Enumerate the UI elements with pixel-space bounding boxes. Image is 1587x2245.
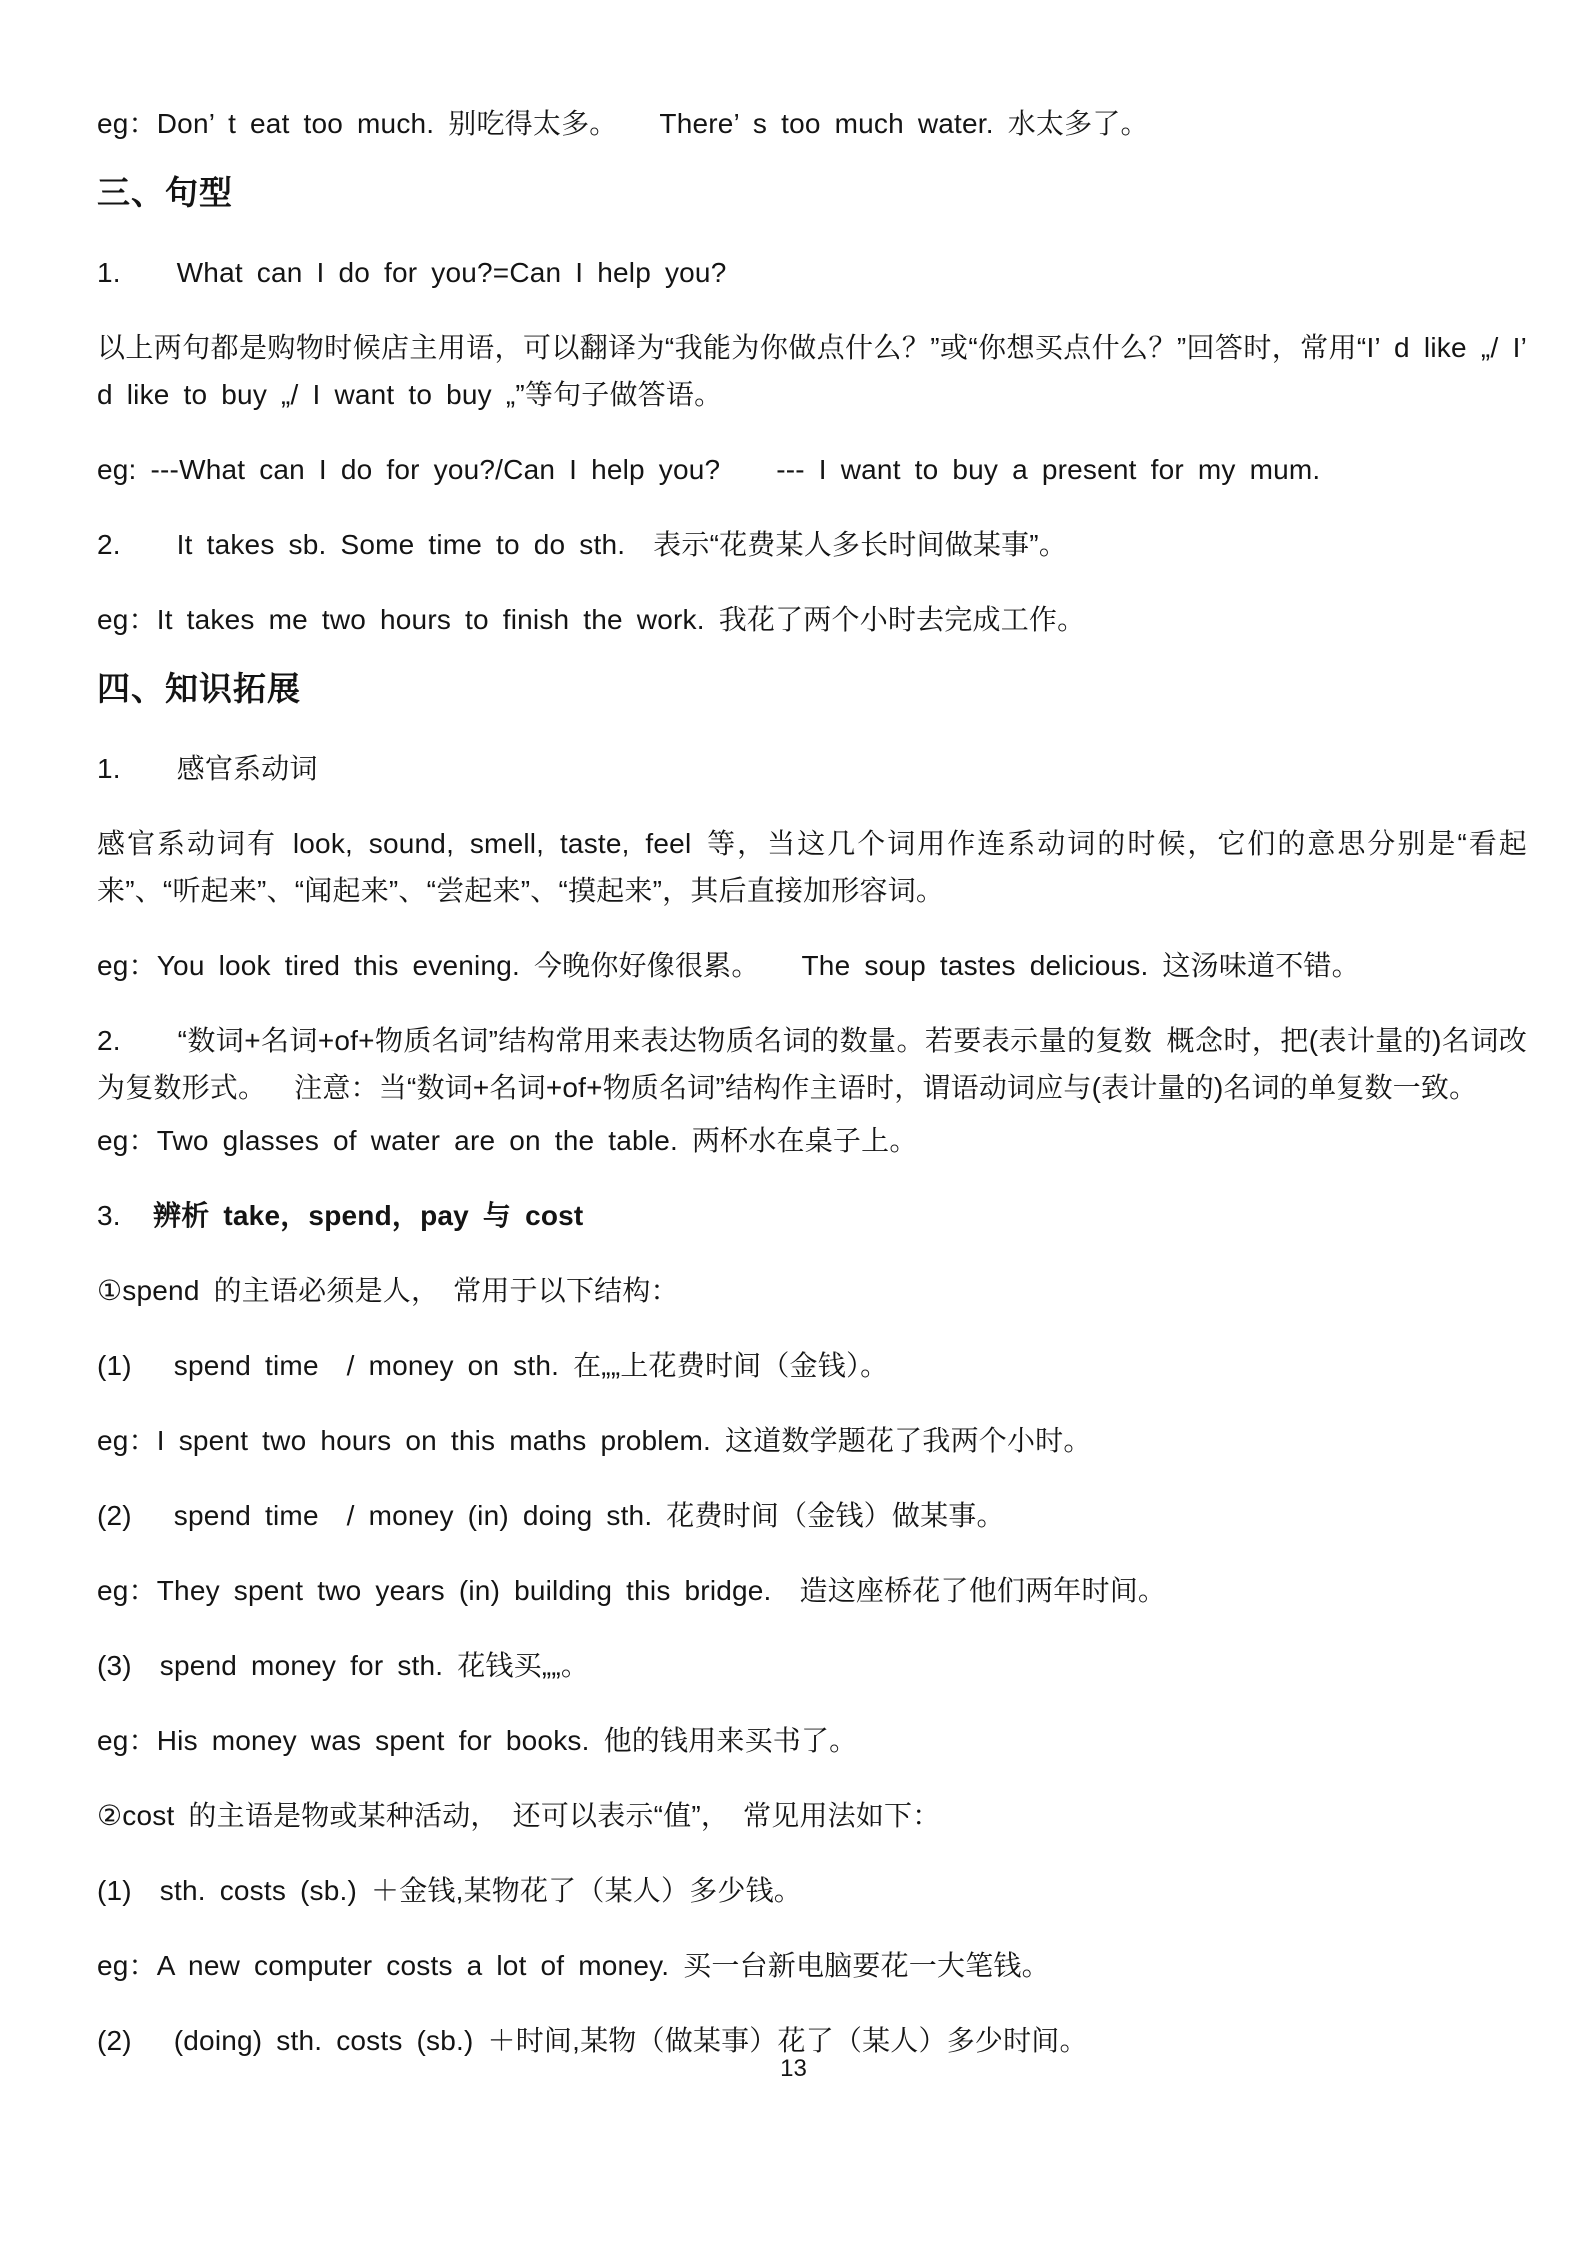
paragraph-eg-they-spent-two-years: eg：They spent two years (in) building th… xyxy=(97,1567,1527,1614)
paragraph-cost-subject-rule: ②cost 的主语是物或某种活动， 还可以表示“值”， 常见用法如下： xyxy=(97,1792,1527,1839)
section-heading-sentence-patterns: 三、句型 xyxy=(97,169,1527,216)
paragraph-spend-subject-rule: ①spend 的主语必须是人， 常用于以下结构： xyxy=(97,1267,1527,1314)
paragraph-item-numeral-noun-of: 2. “数词+名词+of+物质名词”结构常用来表达物质名词的数量。若要表示量的复… xyxy=(97,1017,1527,1111)
paragraph-eg-new-computer-costs: eg：A new computer costs a lot of money. … xyxy=(97,1942,1527,1989)
paragraph-sth-costs-money: (1) sth. costs (sb.) ＋金钱,某物花了（某人）多少钱。 xyxy=(97,1867,1527,1914)
paragraph-eg-i-spent-two-hours: eg：I spent two hours on this maths probl… xyxy=(97,1417,1527,1464)
paragraph-eg-what-can-i-do: eg: ---What can I do for you?/Can I help… xyxy=(97,446,1527,493)
paragraph-item-sense-linking-verbs: 1. 感官系动词 xyxy=(97,745,1527,792)
paragraph-shopping-phrases-explanation: 以上两句都是购物时候店主用语，可以翻译为“我能为你做点什么？”或“你想买点什么？… xyxy=(97,324,1527,418)
paragraph-spend-time-money-on: (1) spend time / money on sth. 在„„上花费时间（… xyxy=(97,1342,1527,1389)
paragraph-item-discriminate-take-spend-pay-cost: 3.辨析 take，spend，pay 与 cost xyxy=(97,1192,1527,1239)
paragraph-item-it-takes-sb: 2. It takes sb. Some time to do sth. 表示“… xyxy=(97,521,1527,568)
document-page: eg：Don’ t eat too much. 别吃得太多。 There’ s … xyxy=(0,0,1587,2245)
paragraph-eg-his-money-was-spent: eg：His money was spent for books. 他的钱用来买… xyxy=(97,1717,1527,1764)
paragraph-sense-verbs-explanation: 感官系动词有 look, sound, smell, taste, feel 等… xyxy=(97,820,1527,914)
document-content: eg：Don’ t eat too much. 别吃得太多。 There’ s … xyxy=(0,0,1587,2064)
paragraph-spend-money-for-sth: (3) spend money for sth. 花钱买„„。 xyxy=(97,1642,1527,1689)
item-number: 3. xyxy=(97,1192,153,1239)
paragraph-eg-two-glasses: eg：Two glasses of water are on the table… xyxy=(97,1117,1527,1164)
section-heading-knowledge-expansion: 四、知识拓展 xyxy=(97,665,1527,712)
paragraph-item-what-can-i-do: 1. What can I do for you?=Can I help you… xyxy=(97,249,1527,296)
page-number: 13 xyxy=(0,2054,1587,2084)
paragraph-eg-dont-eat-too-much: eg：Don’ t eat too much. 别吃得太多。 There’ s … xyxy=(97,100,1527,147)
paragraph-eg-it-takes-me: eg：It takes me two hours to finish the w… xyxy=(97,596,1527,643)
paragraph-eg-you-look-tired: eg：You look tired this evening. 今晚你好像很累。… xyxy=(97,942,1527,989)
paragraph-spend-time-money-doing: (2) spend time / money (in) doing sth. 花… xyxy=(97,1492,1527,1539)
item-bold-title: 辨析 take，spend，pay 与 cost xyxy=(153,1200,583,1231)
